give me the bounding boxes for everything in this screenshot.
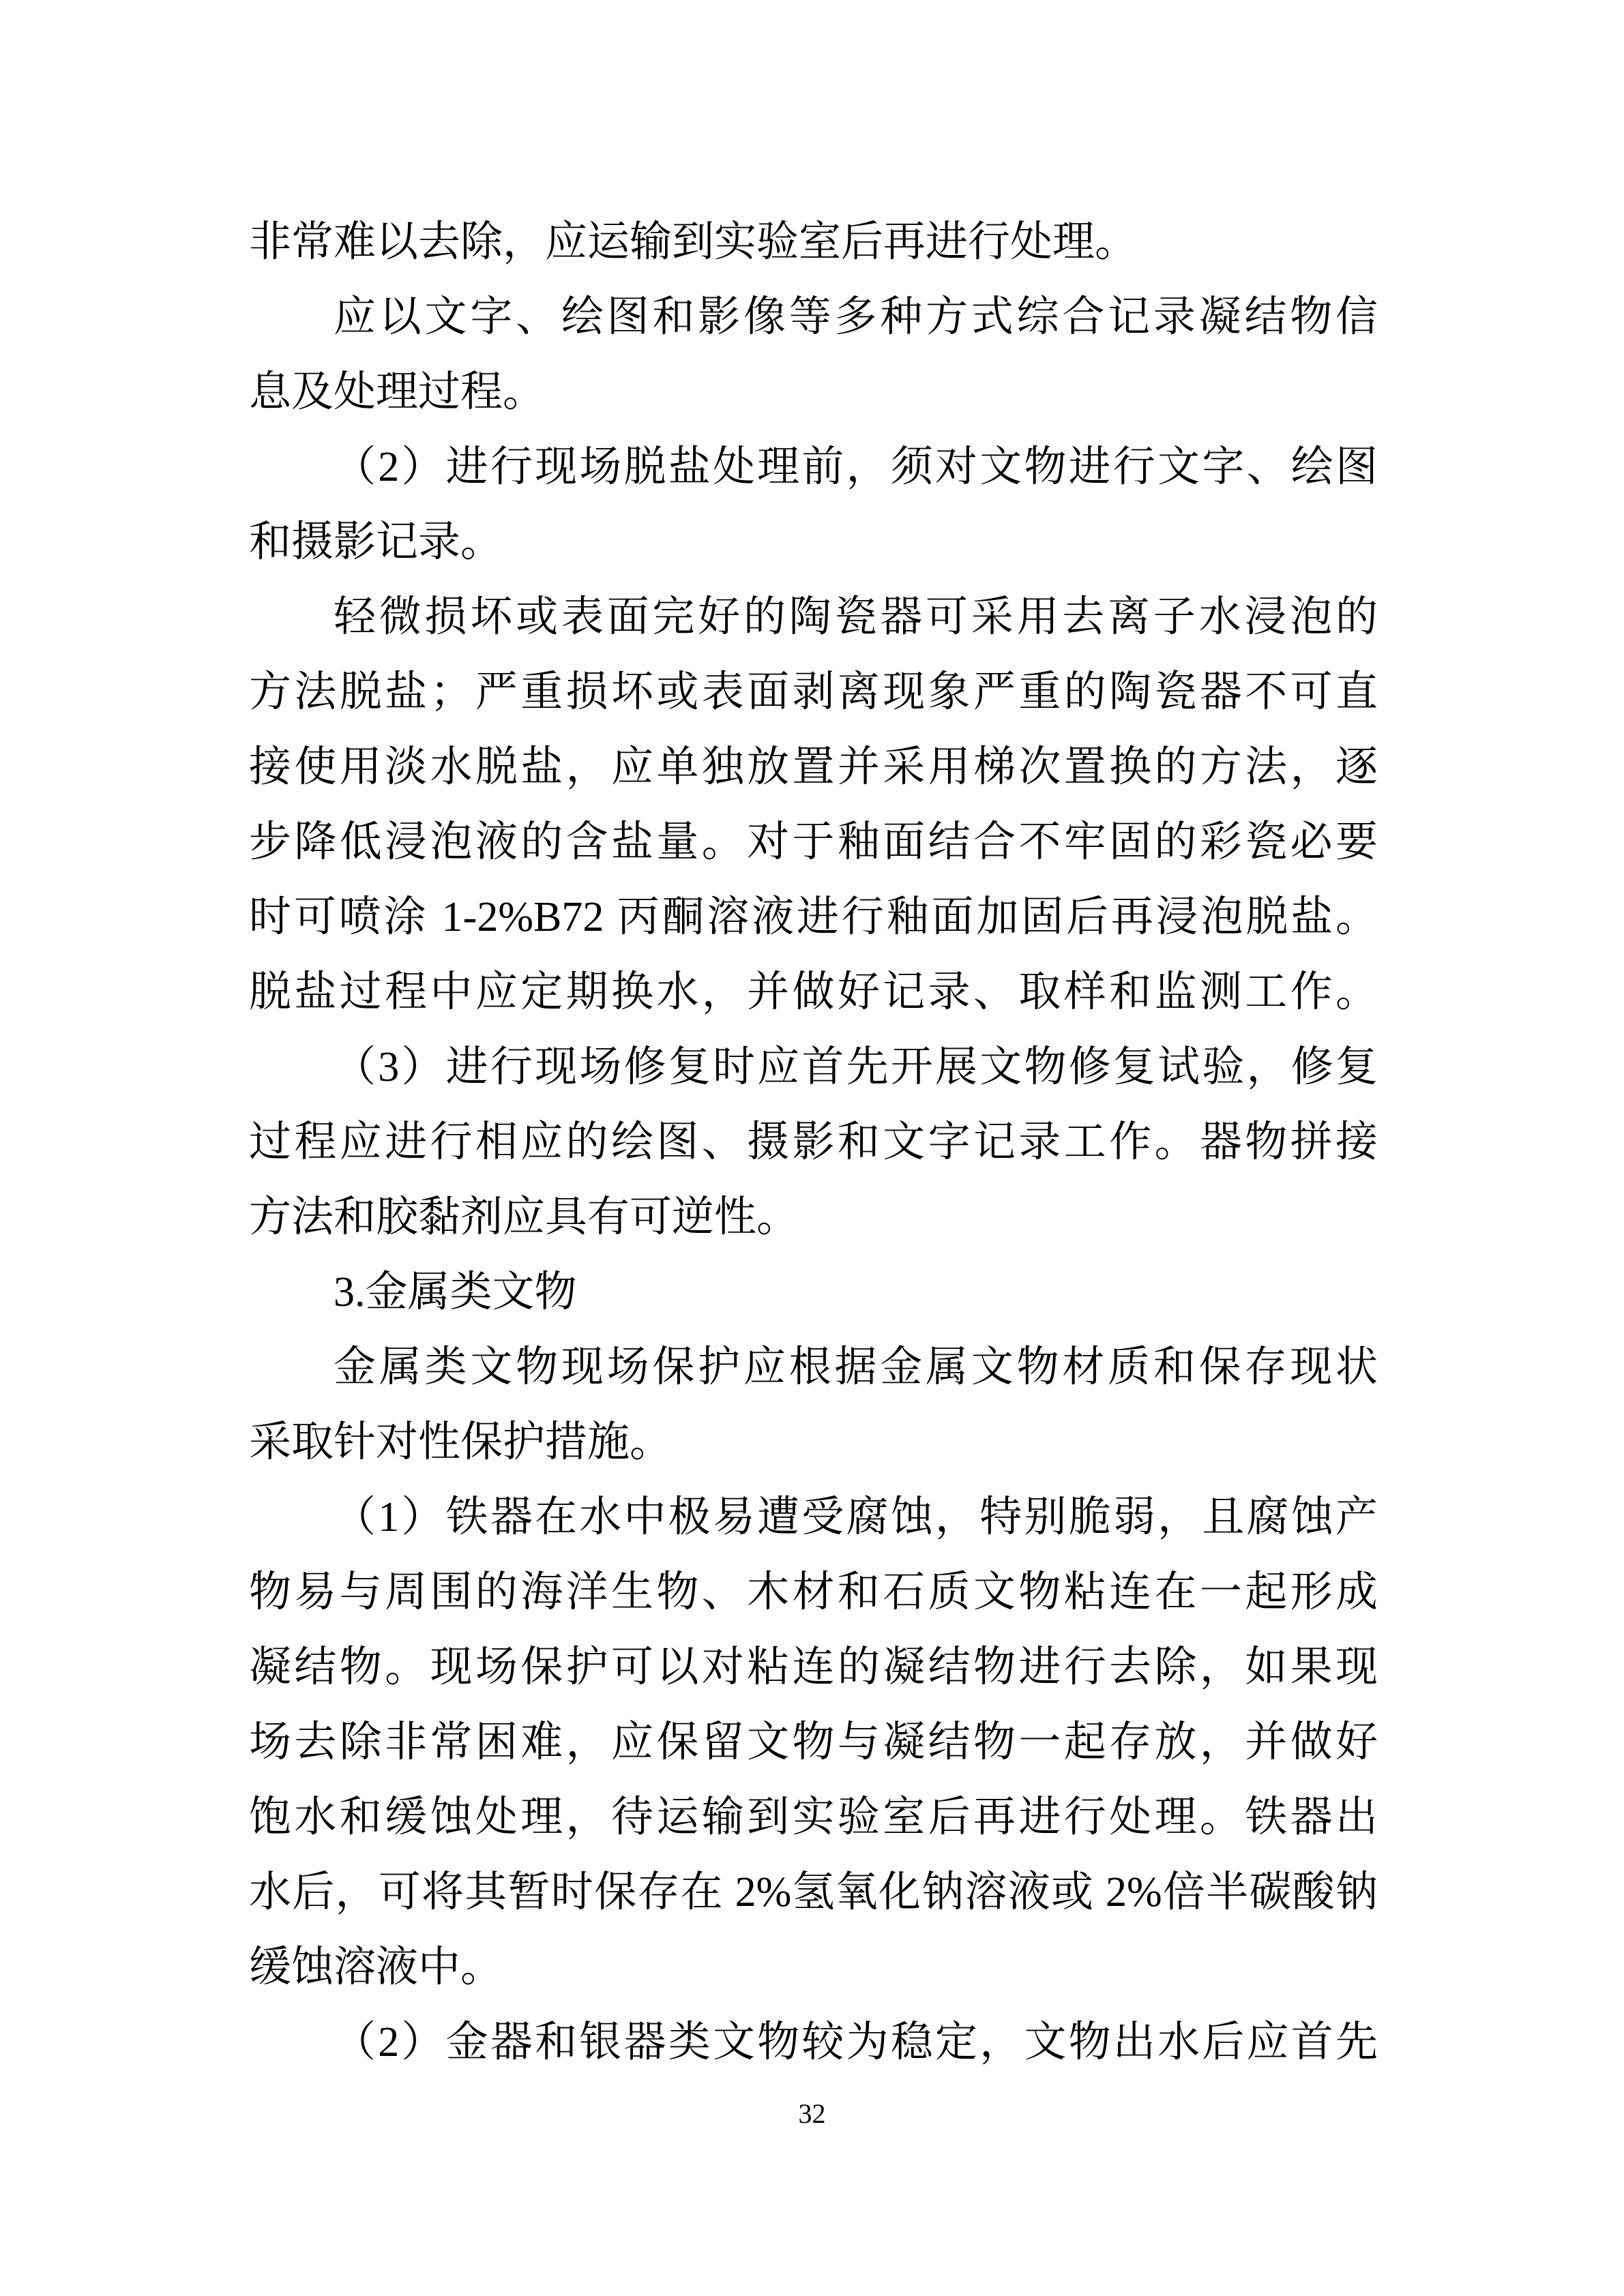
text-line: 脱盐过程中应定期换水，并做好记录、取样和监测工作。	[249, 955, 1378, 1030]
text-line: 采取针对性保护措施。	[249, 1405, 1378, 1480]
text-line: （2）金器和银器类文物较为稳定，文物出水后应首先	[249, 2005, 1378, 2080]
text-line: （3）进行现场修复时应首先开展文物修复试验，修复	[249, 1030, 1378, 1105]
document-page: 非常难以去除，应运输到实验室后再进行处理。应以文字、绘图和影像等多种方式综合记录…	[0, 0, 1624, 2296]
page-number: 32	[799, 2098, 826, 2129]
text-line: （2）进行现场脱盐处理前，须对文物进行文字、绘图	[249, 430, 1378, 505]
text-line: 物易与周围的海洋生物、木材和石质文物粘连在一起形成	[249, 1555, 1378, 1630]
text-line: 方法和胶黏剂应具有可逆性。	[249, 1180, 1378, 1255]
text-line: 场去除非常困难，应保留文物与凝结物一起存放，并做好	[249, 1705, 1378, 1780]
text-line: 应以文字、绘图和影像等多种方式综合记录凝结物信	[249, 280, 1378, 355]
page-footer: 32	[0, 2095, 1624, 2133]
text-line: 非常难以去除，应运输到实验室后再进行处理。	[249, 205, 1378, 280]
text-line: （1）铁器在水中极易遭受腐蚀，特别脆弱，且腐蚀产	[249, 1480, 1378, 1555]
body-text: 非常难以去除，应运输到实验室后再进行处理。应以文字、绘图和影像等多种方式综合记录…	[249, 205, 1378, 2080]
text-line: 息及处理过程。	[249, 355, 1378, 430]
text-line: 缓蚀溶液中。	[249, 1930, 1378, 2005]
text-line: 凝结物。现场保护可以对粘连的凝结物进行去除，如果现	[249, 1630, 1378, 1705]
text-line: 时可喷涂 1-2%B72 丙酮溶液进行釉面加固后再浸泡脱盐。	[249, 880, 1378, 955]
text-line: 过程应进行相应的绘图、摄影和文字记录工作。器物拼接	[249, 1105, 1378, 1180]
text-line: 方法脱盐；严重损坏或表面剥离现象严重的陶瓷器不可直	[249, 655, 1378, 730]
text-line: 水后，可将其暂时保存在 2%氢氧化钠溶液或 2%倍半碳酸钠	[249, 1855, 1378, 1930]
text-line: 饱水和缓蚀处理，待运输到实验室后再进行处理。铁器出	[249, 1780, 1378, 1855]
text-line: 接使用淡水脱盐，应单独放置并采用梯次置换的方法，逐	[249, 730, 1378, 805]
text-line: 步降低浸泡液的含盐量。对于釉面结合不牢固的彩瓷必要	[249, 805, 1378, 880]
text-line: 轻微损坏或表面完好的陶瓷器可采用去离子水浸泡的	[249, 580, 1378, 655]
text-line: 和摄影记录。	[249, 505, 1378, 580]
text-line: 金属类文物现场保护应根据金属文物材质和保存现状	[249, 1330, 1378, 1405]
text-line: 3.金属类文物	[249, 1255, 1378, 1330]
